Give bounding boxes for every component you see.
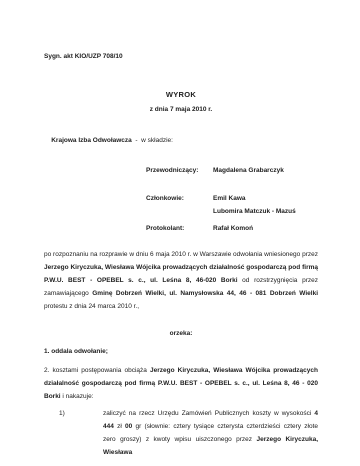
member-name-2: Lubomira Matczuk - Mazuś [213, 205, 296, 218]
panel-heading: Krajowa Izba Odwoławcza - w składzie: [44, 127, 318, 154]
institution-name: Krajowa Izba Odwoławcza [51, 137, 132, 144]
cost-item-text: zaliczyć na rzecz Urzędu Zamówień Public… [103, 407, 318, 459]
panel-row-members: Członkowie: Emil Kawa Lubomira Matczuk -… [146, 192, 318, 218]
cost-item-number: 1) [59, 407, 103, 459]
panel-composition: Przewodniczący: Magdalena Grabarczyk Czł… [44, 164, 318, 235]
preamble-paragraph: po rozpoznaniu na rozprawie w dniu 6 maj… [44, 248, 318, 313]
panel-row-recorder: Protokolant: Rafał Komoń [146, 222, 318, 235]
panel-row-chairperson: Przewodniczący: Magdalena Grabarczyk [146, 164, 318, 177]
document-date: z dnia 7 maja 2010 r. [44, 105, 318, 114]
role-label-recorder: Protokolant: [146, 222, 213, 235]
case-number: Sygn. akt KIO/UZP 708/10 [44, 52, 318, 61]
document-page: Sygn. akt KIO/UZP 708/10 WYROK z dnia 7 … [0, 0, 360, 466]
ruling-item-1: 1. oddala odwołanie; [44, 347, 318, 356]
role-label-members: Członkowie: [146, 192, 213, 218]
panel-heading-suffix: - w składzie: [132, 137, 173, 144]
document-title: WYROK [44, 90, 318, 99]
chairperson-name: Magdalena Grabarczyk [213, 164, 284, 177]
recorder-name: Rafał Komoń [213, 222, 253, 235]
ruling-heading: orzeka: [44, 329, 318, 338]
member-name-1: Emil Kawa [213, 192, 296, 205]
cost-item: 1) zaliczyć na rzecz Urzędu Zamówień Pub… [59, 407, 318, 459]
ruling-item-2: 2. kosztami postępowania obciąża Jerzego… [44, 364, 318, 403]
role-label-chairperson: Przewodniczący: [146, 164, 213, 177]
